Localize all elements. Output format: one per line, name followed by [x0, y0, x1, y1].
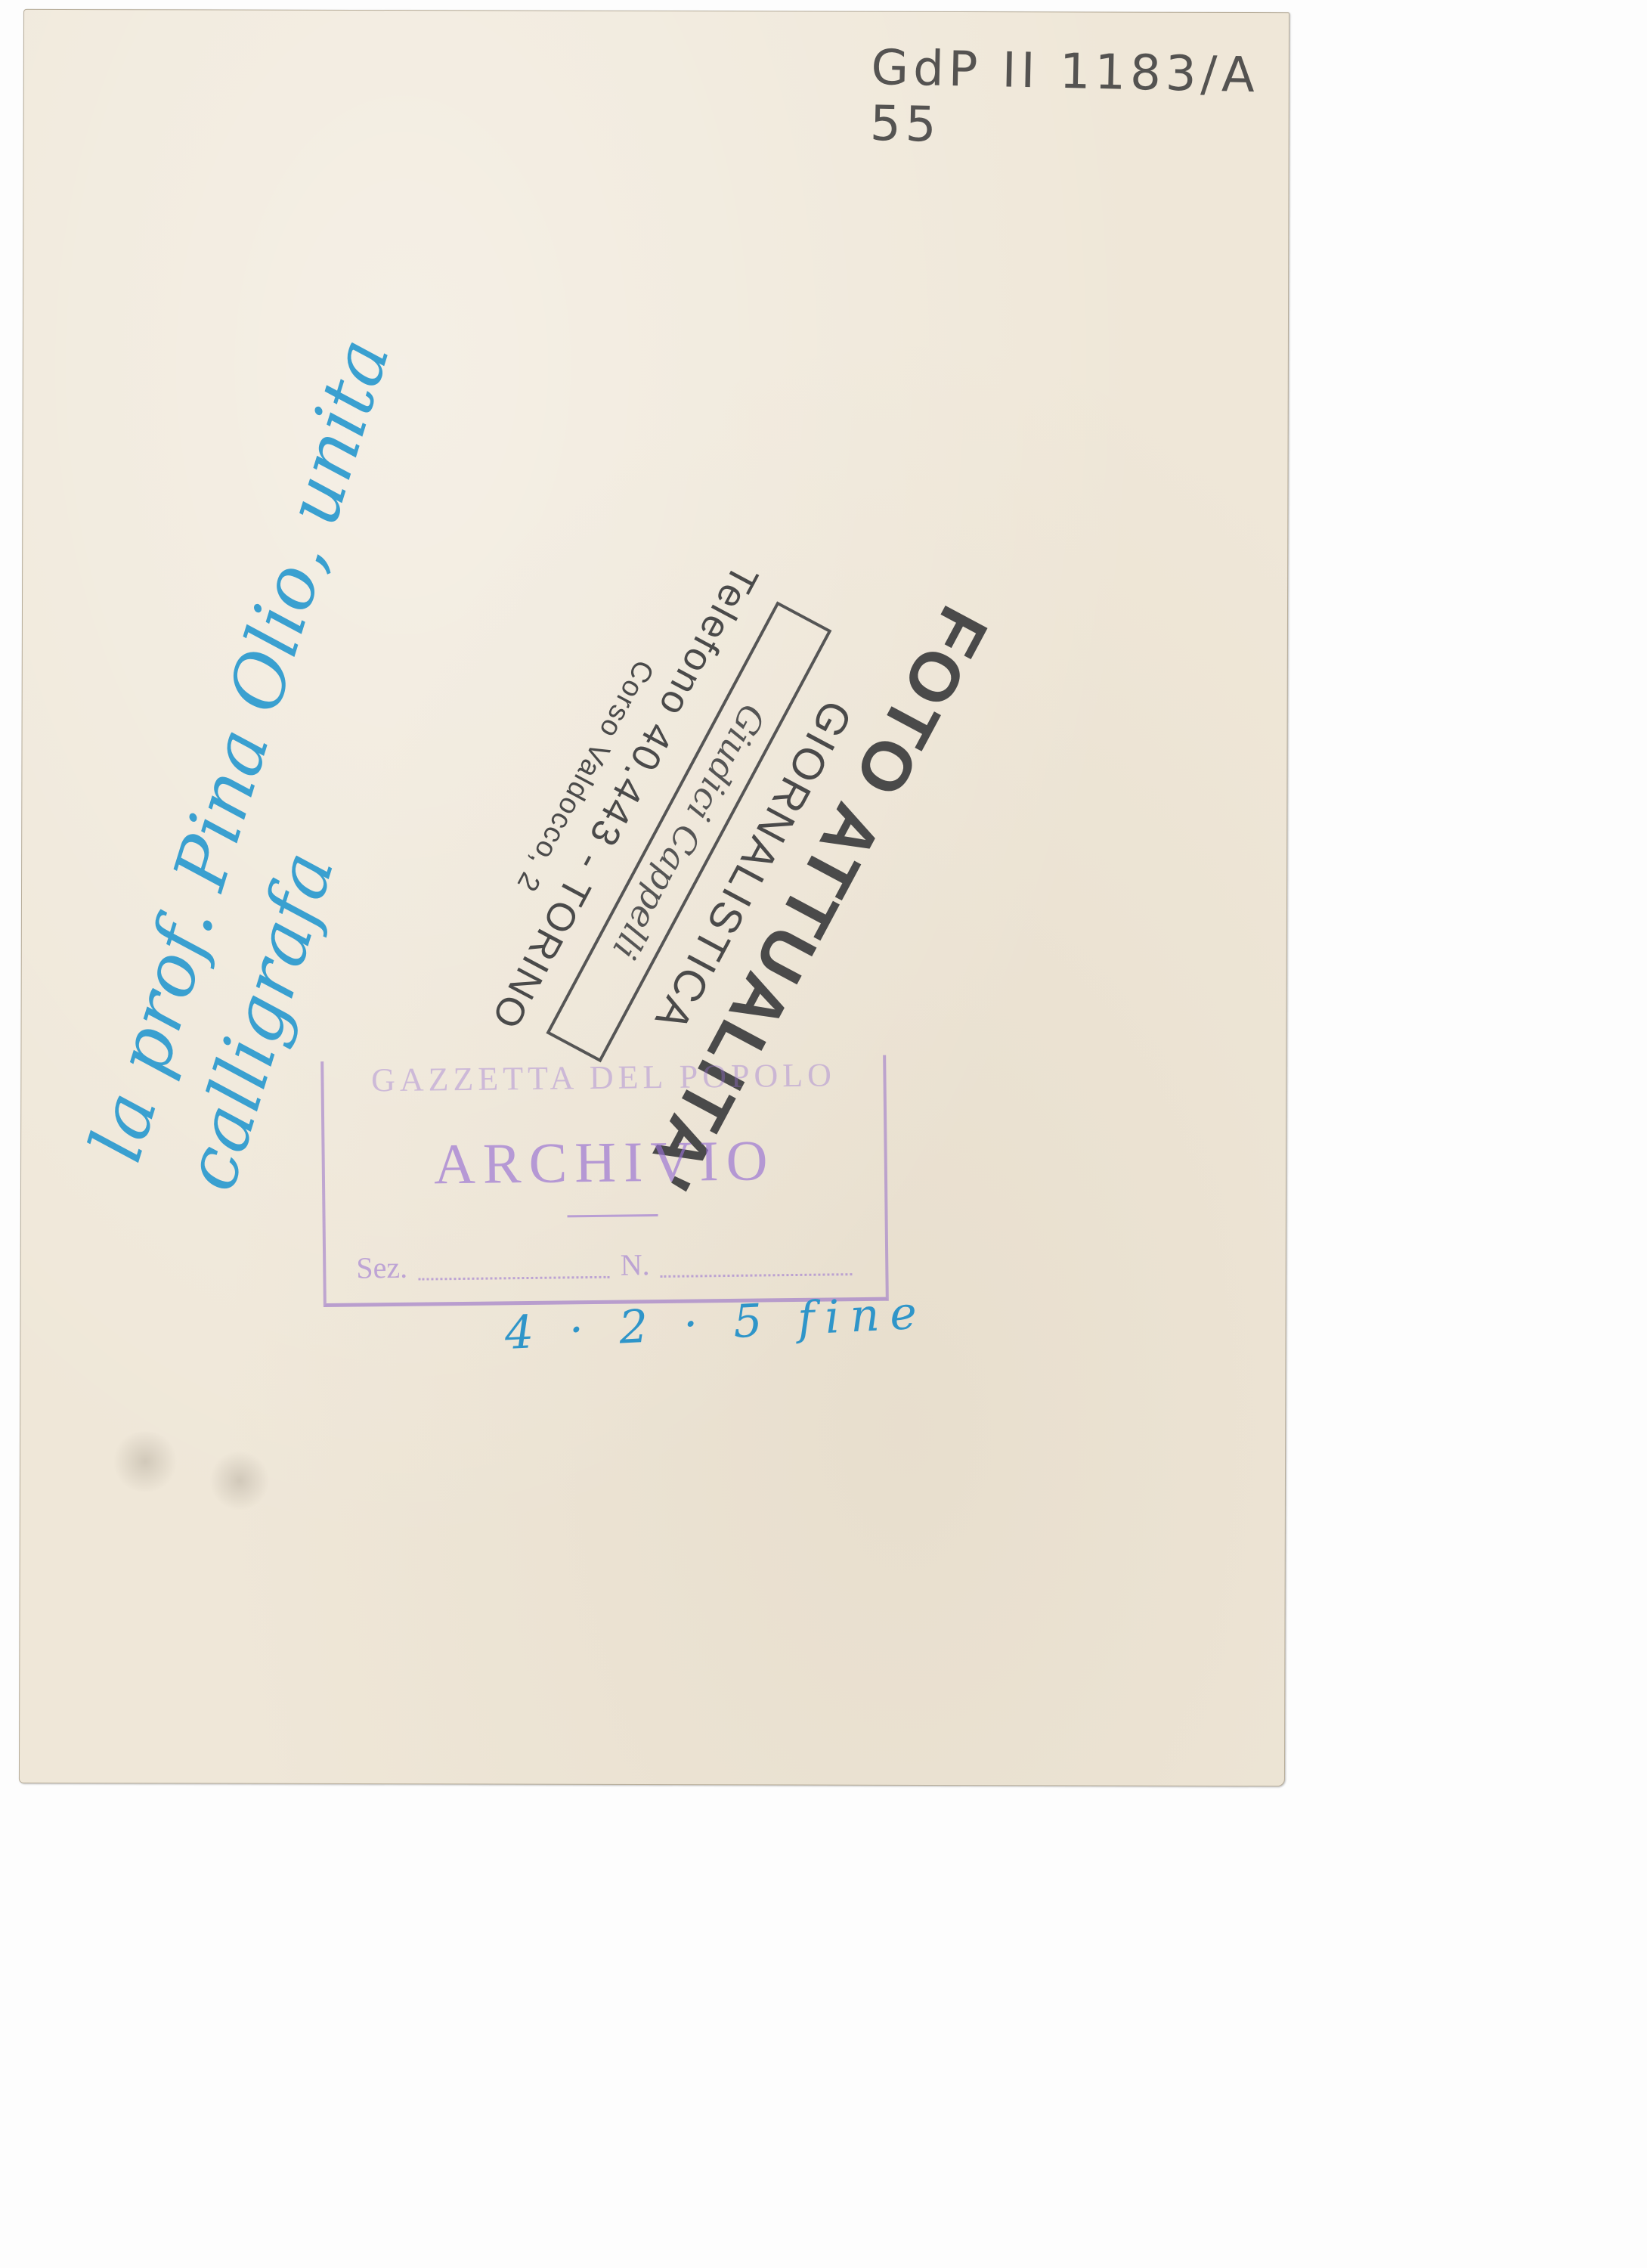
archive-stamp-fields: Sez. N.	[356, 1244, 862, 1286]
archive-stamp: GAZZETTA DEL POPOLO ARCHIVIO Sez. N.	[320, 1055, 889, 1307]
archive-stamp-title: ARCHIVIO	[324, 1127, 884, 1199]
archive-stamp-divider	[568, 1214, 658, 1217]
fingerprint-smudge	[209, 1450, 270, 1510]
section-label: Sez.	[356, 1250, 407, 1286]
number-blank	[661, 1273, 853, 1278]
fingerprint-smudge	[111, 1431, 179, 1492]
archive-reference-number: GdP II 1183/A 55	[869, 40, 1289, 160]
photo-card-reverse: GdP II 1183/A 55 la prof. Pina Olio, uni…	[19, 9, 1289, 1786]
photographer-stamp: FOTO ATTUALITA' GIORNALISTICA Giudici Ca…	[369, 540, 1051, 1146]
number-label: N.	[620, 1247, 649, 1282]
archive-stamp-header: GAZZETTA DEL POPOLO	[339, 1055, 868, 1100]
section-blank	[418, 1276, 610, 1281]
